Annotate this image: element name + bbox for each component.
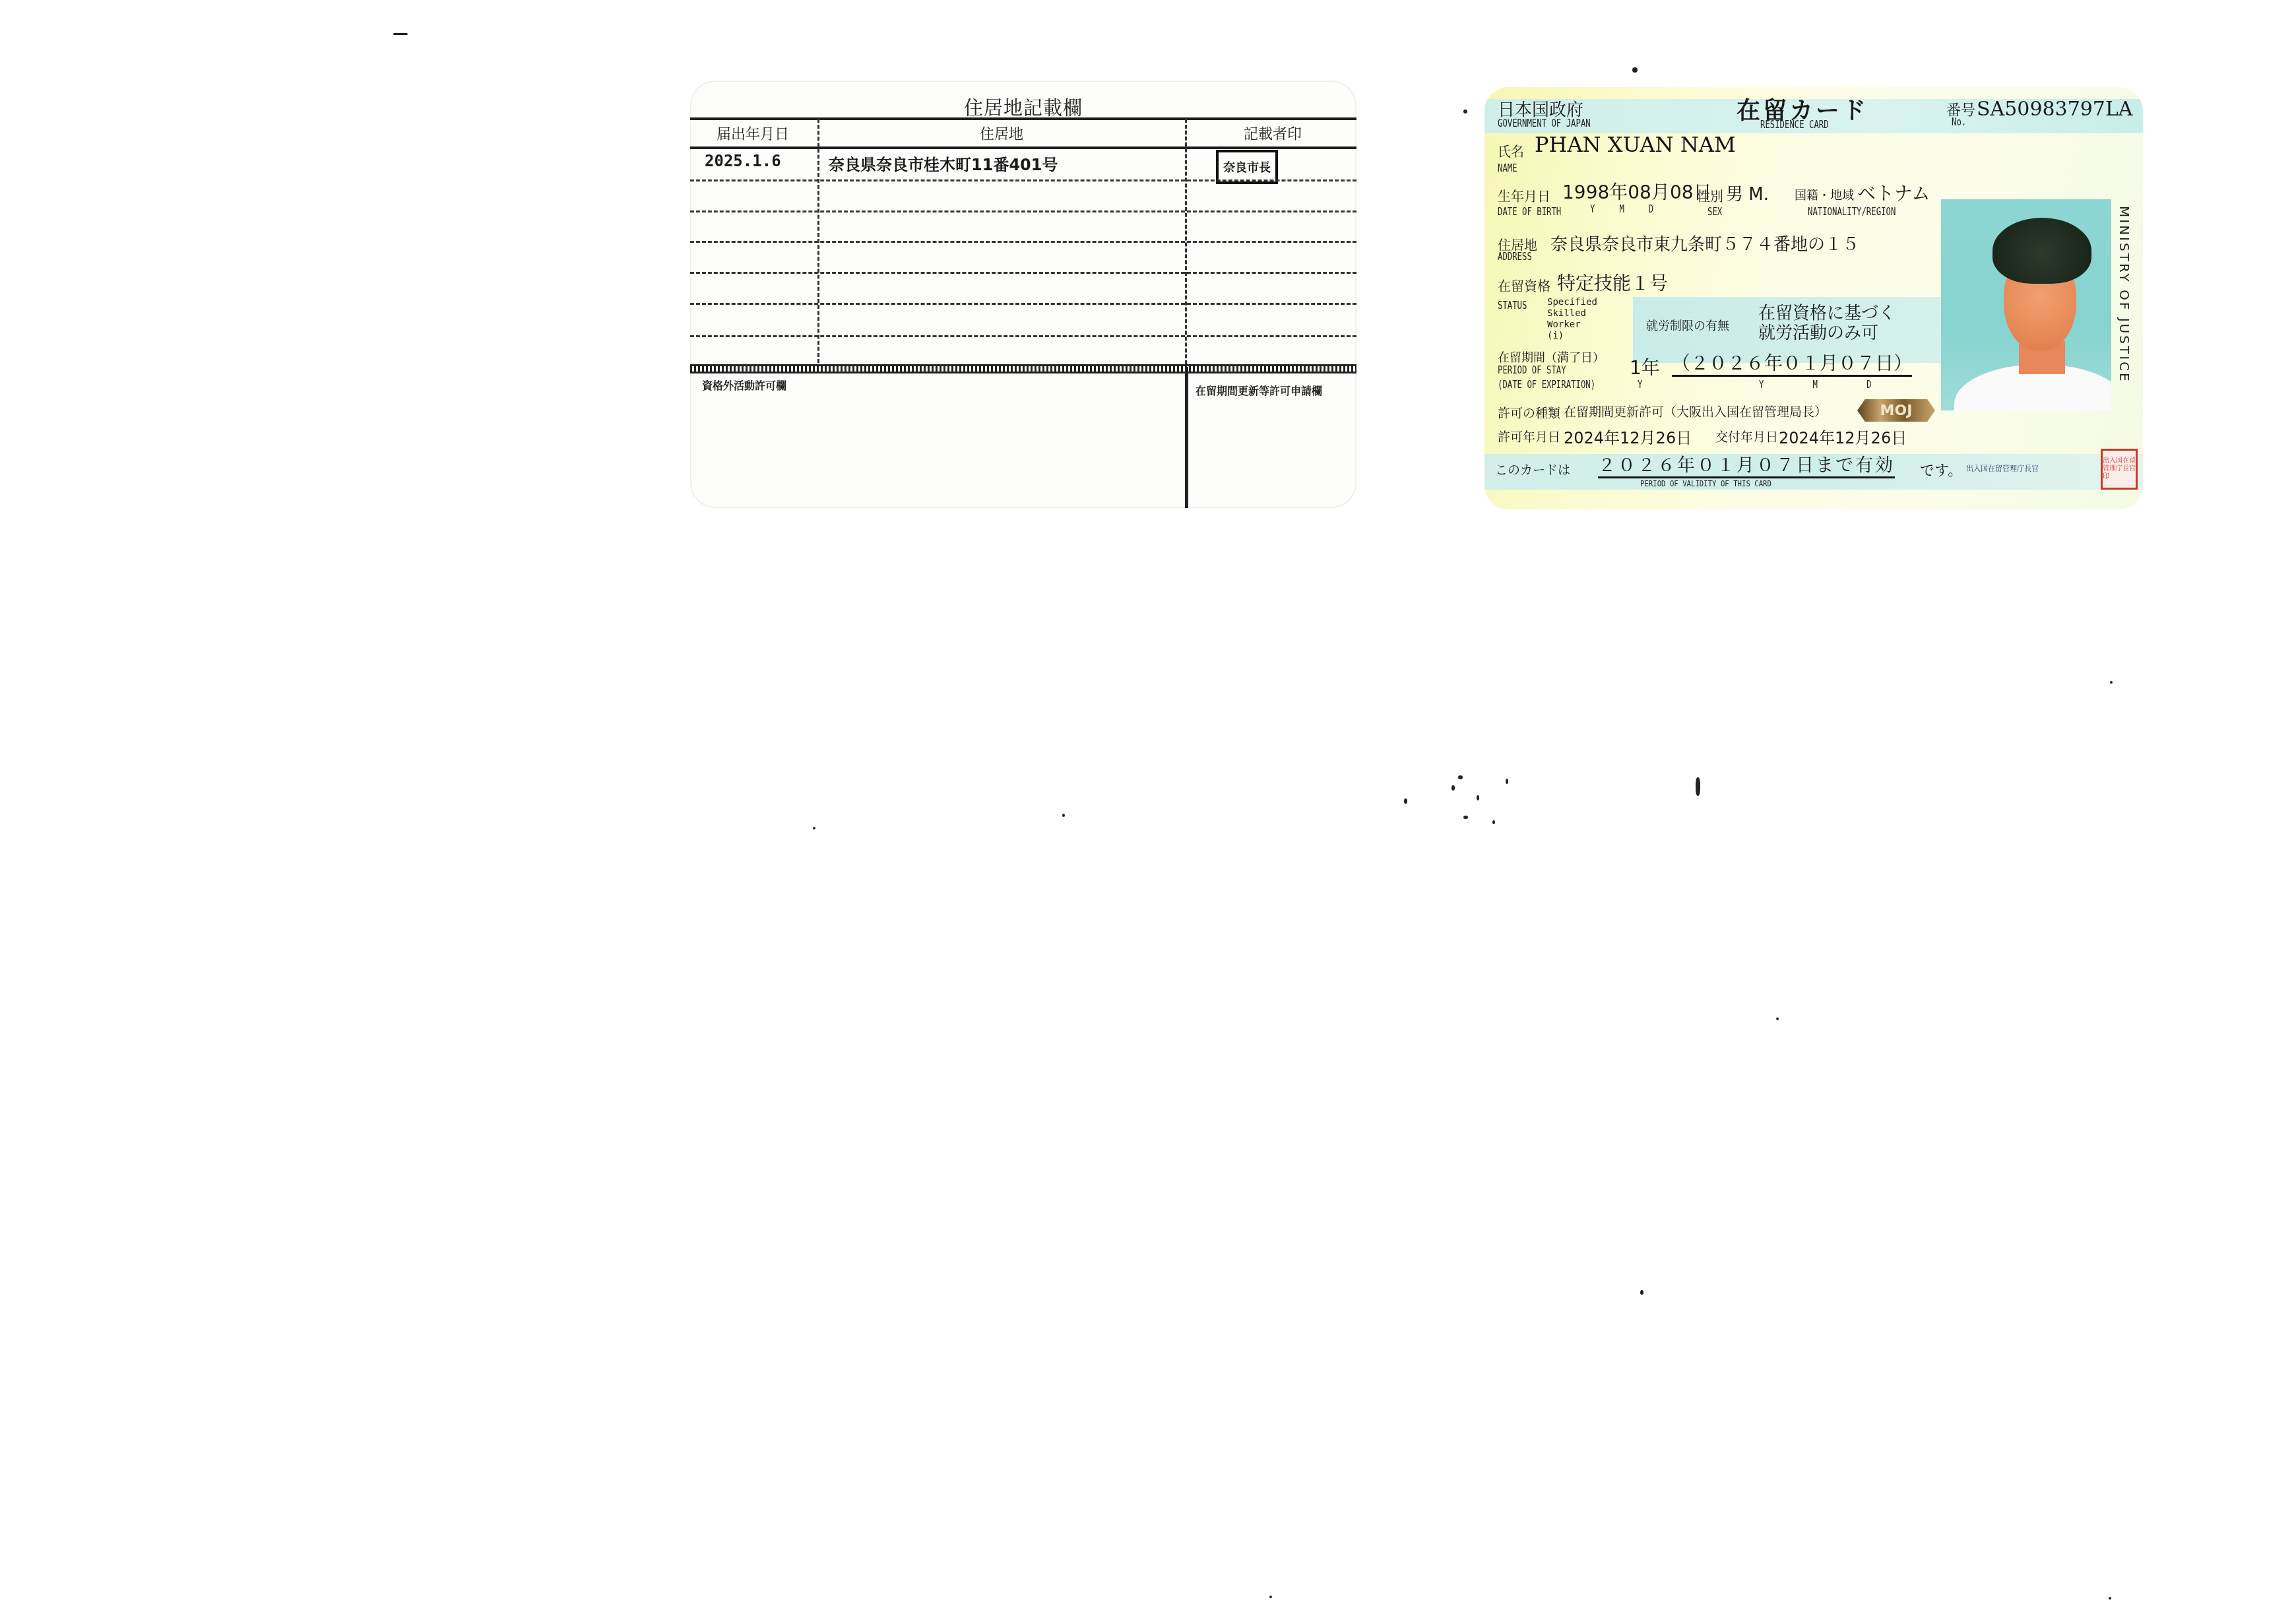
scan-speck — [1269, 1596, 1272, 1598]
sex-label-jp: 性別 — [1697, 186, 1723, 205]
notification-date: 2025.1.6 — [705, 152, 781, 170]
divider — [690, 117, 1356, 120]
period-label-en: PERIOD OF STAY — [1498, 364, 1566, 376]
scan-speck — [1463, 110, 1467, 113]
scan-speck — [1640, 1290, 1643, 1295]
residence-record-title: 住居地記載欄 — [690, 94, 1356, 121]
dob-label-en: DATE OF BIRTH — [1498, 206, 1561, 218]
card-title-en: RESIDENCE CARD — [1760, 119, 1829, 131]
card-number: SA50983797LA — [1977, 98, 2133, 121]
scan-speck — [813, 827, 815, 829]
address-label-en: ADDRESS — [1498, 251, 1532, 263]
divider — [690, 146, 1356, 149]
scan-speck — [1696, 777, 1700, 796]
period-label-jp: 在留期間（満了日） — [1498, 348, 1605, 366]
holder-photo — [1941, 199, 2111, 410]
ministry-of-justice-vertical: MINISTRY OF JUSTICE — [2117, 206, 2132, 383]
validity-label-en: PERIOD OF VALIDITY OF THIS CARD — [1640, 479, 1771, 489]
row-divider — [690, 272, 1356, 274]
permit-date-value: 2024年12月26日 — [1564, 425, 1692, 448]
nationality-label-en: NATIONALITY/REGION — [1808, 206, 1896, 218]
issue-date-value: 2024年12月26日 — [1779, 425, 1907, 448]
section-divider — [690, 364, 1356, 373]
issue-date-label: 交付年月日 — [1715, 428, 1778, 445]
holder-name: PHAN XUAN NAM — [1535, 132, 1736, 157]
dob-ymd: Y M D — [1590, 203, 1653, 215]
scan-speck — [1477, 795, 1479, 800]
expiration-label-en: (DATE OF EXPIRATION) — [1498, 379, 1595, 391]
row-divider — [690, 241, 1356, 243]
status-value-en: Specified Skilled Worker (i) — [1547, 297, 1597, 342]
scan-speck — [1776, 1018, 1779, 1020]
date-of-birth: 1998年08月08日 — [1562, 178, 1712, 205]
issuer-official: 出入国在留管理庁長官 — [1966, 463, 2039, 474]
official-seal: 出入国在留管理庁長官印 — [2101, 449, 2138, 490]
number-label-en: No. — [1952, 116, 1966, 128]
row-divider — [690, 303, 1356, 305]
name-label-en: NAME — [1498, 162, 1517, 174]
scan-speck — [393, 33, 408, 35]
sex-label-en: SEX — [1707, 206, 1722, 218]
photo-hair — [1993, 218, 2091, 284]
sex-value: 男 M. — [1726, 181, 1769, 205]
validity-suffix: です。 — [1920, 459, 1962, 480]
residence-card-front: 日本国政府 GOVERNMENT OF JAPAN 在留カード RESIDENC… — [1484, 87, 2143, 509]
scan-speck — [1463, 816, 1468, 819]
scan-speck — [1451, 785, 1455, 791]
status-value: 特定技能１号 — [1557, 269, 1668, 296]
scan-speck — [2110, 681, 2113, 684]
scan-speck — [1632, 67, 1638, 73]
residence-address: 奈良県奈良市桂木町11番401号 — [829, 152, 1058, 175]
column-header-stamp: 記載者印 — [1189, 123, 1356, 143]
row-divider — [690, 179, 1356, 181]
work-restriction-label: 就労制限の有無 — [1646, 317, 1729, 334]
name-label-jp: 氏名 — [1498, 141, 1524, 160]
scan-speck — [1492, 820, 1495, 824]
scan-speck — [1404, 798, 1407, 804]
work-restriction-value: 在留資格に基づく 就労活動のみ可 — [1758, 304, 1896, 343]
column-header-address: 住居地 — [818, 123, 1185, 143]
residence-card-back: 住居地記載欄 届出年月日 住居地 記載者印 2025.1.6 奈良県奈良市桂木町… — [690, 81, 1356, 508]
period-y: Y — [1638, 379, 1642, 391]
renewal-application-label: 在留期間更新等許可申請欄 — [1196, 383, 1322, 398]
scan-speck — [1506, 779, 1508, 784]
dob-label-jp: 生年月日 — [1498, 186, 1550, 205]
status-label-jp: 在留資格 — [1498, 276, 1550, 295]
row-divider — [690, 335, 1356, 337]
row-divider — [690, 211, 1356, 212]
card-validity-date: ２０２６年０１月０７日まで有効 — [1598, 455, 1895, 478]
scan-speck — [2109, 1597, 2111, 1600]
scan-speck — [1062, 814, 1065, 817]
scan-speck — [1458, 775, 1463, 779]
nationality-value: ベトナム — [1857, 179, 1930, 206]
validity-prefix: このカードは — [1495, 461, 1570, 478]
extra-activity-permit-label: 資格外活動許可欄 — [702, 377, 786, 393]
expiration-ymd: Y M D — [1759, 379, 1871, 391]
permission-type-value: 在留期間更新許可（大阪出入国在留管理局長） — [1564, 403, 1827, 420]
issuer-en: GOVERNMENT OF JAPAN — [1498, 117, 1591, 129]
period-value: 1年 — [1630, 354, 1660, 380]
section-column-divider — [1185, 367, 1188, 508]
expiration-date: （２０２６年０１月０７日） — [1672, 352, 1912, 377]
status-label-en: STATUS — [1498, 300, 1527, 311]
address-value: 奈良県奈良市東九条町５７４番地の１５ — [1550, 231, 1859, 255]
nationality-label-jp: 国籍・地域 — [1795, 186, 1854, 203]
moj-hologram-badge: MOJ — [1857, 399, 1935, 422]
column-header-date: 届出年月日 — [690, 123, 815, 143]
permit-date-label: 許可年月日 — [1498, 428, 1560, 445]
permission-type-label: 許可の種類 — [1498, 404, 1560, 422]
